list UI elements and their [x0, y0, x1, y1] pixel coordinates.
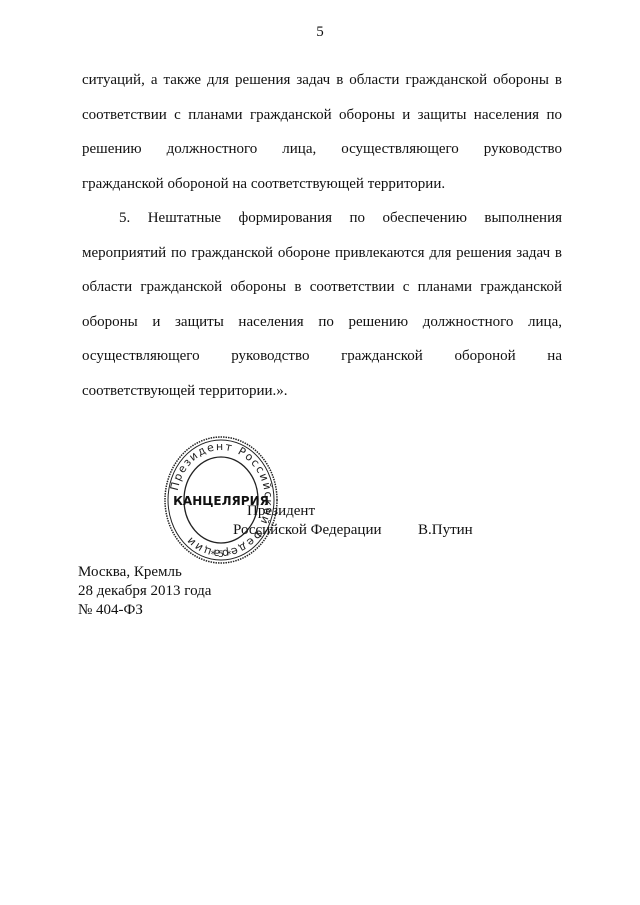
signatory-title-line-2: Российской Федерации [233, 522, 382, 539]
seal-bottom-text: * 5 * [211, 550, 232, 560]
signing-place: Москва, Кремль [78, 563, 182, 583]
signatory-name: В.Путин [418, 522, 473, 539]
page-number: 5 [0, 24, 640, 41]
law-number: № 404-ФЗ [78, 601, 143, 621]
official-seal-stamp: Президент Российской Федерации КАНЦЕЛЯРИ… [163, 434, 279, 566]
paragraph-item-5: 5. Нештатные формирования по обеспечению… [82, 201, 562, 409]
signatory-title-line-1: Президент [247, 503, 315, 520]
signing-date: 28 декабря 2013 года [78, 582, 211, 602]
paragraph-continuation: ситуаций, а также для решения задач в об… [82, 63, 562, 201]
